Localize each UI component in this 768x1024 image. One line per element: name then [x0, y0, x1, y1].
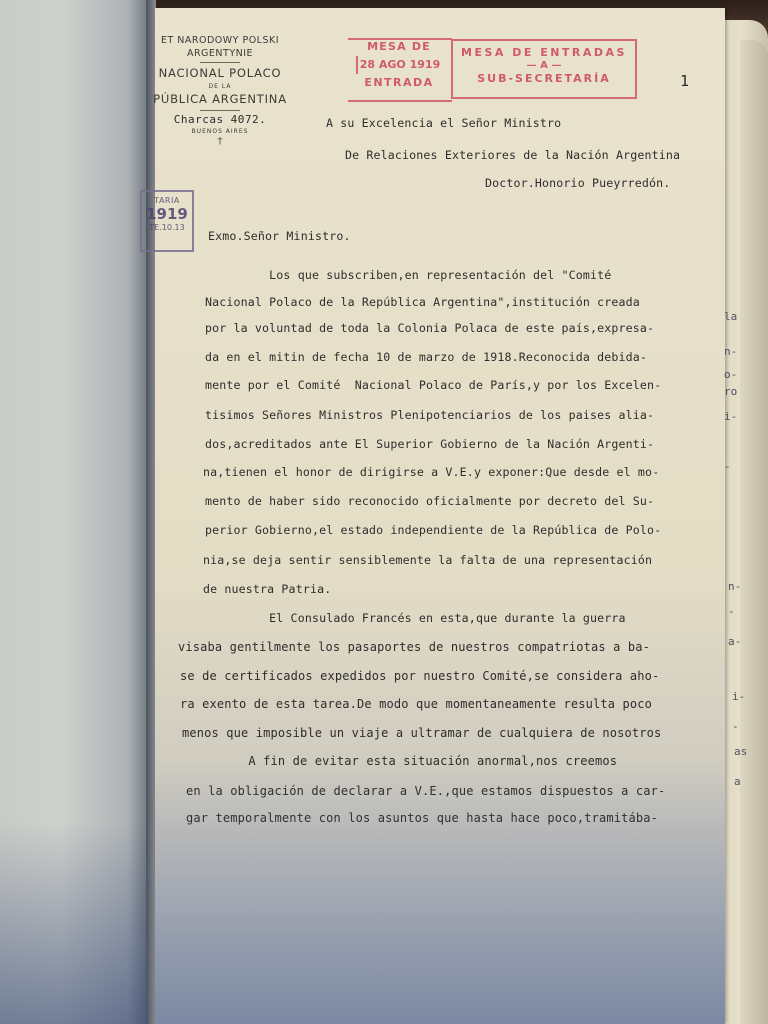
underlying-fragment: o- [724, 368, 737, 381]
letterhead-city: BUENOS AIRES [150, 127, 290, 136]
letterhead-rule [200, 62, 240, 63]
underlying-fragment: i- [732, 690, 745, 703]
body-line: perior Gobierno,el estado independiente … [205, 523, 661, 537]
body-line: da en el mitin de fecha 10 de marzo de 1… [205, 350, 647, 364]
letterhead: ET NARODOWY POLSKI ARGENTYNIE NACIONAL P… [150, 34, 290, 148]
margin-stamp: TARIA 1919 TE.10.13 [140, 190, 194, 252]
letterhead-polish-line1: ET NARODOWY POLSKI [150, 34, 290, 47]
body-line: gar temporalmente con los asuntos que ha… [186, 811, 658, 825]
margin-stamp-line1: TARIA [142, 196, 192, 205]
office-stamp-line2: — A — [453, 60, 635, 72]
body-line: ra exento de esta tarea.De modo que mome… [180, 697, 652, 711]
underlying-fragment: a [734, 775, 741, 788]
body-line: nia,se deja sentir sensiblemente la falt… [203, 553, 652, 567]
margin-stamp-line3: TE.10.13 [142, 223, 192, 232]
letterhead-polish-line2: ARGENTYNIE [150, 47, 290, 60]
body-line: dos,acreditados ante El Superior Gobiern… [205, 437, 654, 451]
letterhead-rule [200, 110, 240, 111]
body-line: de nuestra Patria. [203, 582, 331, 596]
letterhead-spanish-line3: PÚBLICA ARGENTINA [150, 91, 290, 108]
date-stamp-date: 28 AGO 1919 [356, 56, 442, 74]
body-line: Los que subscriben,en representación del… [205, 268, 611, 282]
body-line: El Consulado Francés en esta,que durante… [205, 611, 626, 625]
underlying-fragment: a- [728, 635, 741, 648]
salutation: Exmo.Señor Ministro. [208, 229, 351, 243]
body-line: se de certificados expedidos por nuestro… [180, 669, 659, 683]
underlying-fragment: - [728, 605, 735, 618]
addressee-line1: A su Excelencia el Señor Ministro [326, 116, 561, 130]
underlying-fragment: - [732, 720, 739, 733]
addressee-line3: Doctor.Honorio Pueyrredón. [485, 176, 670, 190]
letterhead-address: Charcas 4072. [150, 113, 290, 127]
date-stamp-line3: ENTRADA [348, 76, 450, 89]
body-line: menos que imposible un viaje a ultramar … [182, 726, 661, 740]
cross-icon: † [150, 136, 290, 148]
body-line: mente por el Comité Nacional Polaco de P… [205, 378, 661, 392]
body-line: por la voluntad de toda la Colonia Polac… [205, 321, 654, 335]
letterhead-spanish-line2: DE LA [150, 82, 290, 91]
body-line: A fin de evitar esta situación anormal,n… [182, 754, 617, 768]
office-stamp-line3: SUB-SECRETARÍA [453, 72, 635, 86]
body-line: na,tienen el honor de dirigirse a V.E.y … [203, 465, 659, 479]
facing-page-shadow [0, 820, 150, 1024]
date-stamp-line1: MESA DE [348, 40, 450, 54]
page-number: 1 [680, 72, 689, 90]
underlying-fragment: - [724, 460, 731, 473]
body-line: mento de haber sido reconocido oficialme… [205, 494, 654, 508]
margin-stamp-year: 1919 [142, 205, 192, 223]
office-stamp: MESA DE ENTRADAS — A — SUB-SECRETARÍA [451, 39, 637, 99]
body-line: tisimos Señores Ministros Plenipotenciar… [205, 408, 654, 422]
underlying-fragment: n- [724, 345, 737, 358]
underlying-fragment: as [734, 745, 747, 758]
letterhead-spanish-line1: NACIONAL POLACO [150, 65, 290, 82]
date-stamp: MESA DE 28 AGO 1919 ENTRADA [348, 40, 450, 94]
underlying-page-edge [740, 40, 768, 1024]
body-line: visaba gentilmente los pasaportes de nue… [178, 640, 650, 654]
underlying-fragment: ro [724, 385, 737, 398]
office-stamp-line1: MESA DE ENTRADAS [453, 46, 635, 60]
addressee-line2: De Relaciones Exteriores de la Nación Ar… [345, 148, 680, 162]
underlying-fragment: n- [728, 580, 741, 593]
underlying-fragment: i- [724, 410, 737, 423]
body-line: Nacional Polaco de la República Argentin… [205, 295, 640, 309]
underlying-fragment: la [724, 310, 737, 323]
body-line: en la obligación de declarar a V.E.,que … [186, 784, 665, 798]
